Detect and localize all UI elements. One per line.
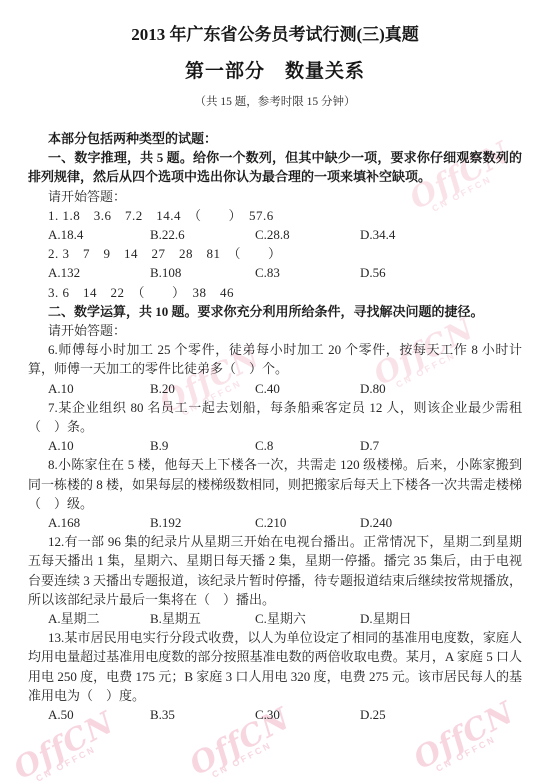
option-b: B.192 — [150, 513, 255, 532]
question-13-stem: 13.某市居民用电实行分段式收费，以人为单位设定了相同的基准用电度数，家庭人均用… — [28, 628, 522, 705]
question-12-stem: 12.有一部 96 集的纪录片从星期三开始在电视台播出。正常情况下，星期二到星期… — [28, 532, 522, 609]
question-6-stem: 6.师傅每小时加工 25 个零件，徒弟每小时加工 20 个零件，按每天工作 8 … — [28, 340, 522, 378]
option-c: C.40 — [255, 379, 360, 398]
exam-document-page: OffCN CN OFFCN OffCN CN OFFCN OffCN CN O… — [0, 0, 550, 783]
question-12-options: A.星期二 B.星期五 C.星期六 D.星期日 — [28, 609, 522, 628]
option-b: B.108 — [150, 263, 255, 282]
option-a: A.168 — [48, 513, 150, 532]
option-a: A.18.4 — [48, 225, 150, 244]
question-1-options: A.18.4 B.22.6 C.28.8 D.34.4 — [28, 225, 522, 244]
option-c: C.83 — [255, 263, 360, 282]
option-d: D.240 — [360, 513, 522, 532]
question-1-stem: 1. 1.8 3.6 7.2 14.4 （ ） 57.6 — [28, 206, 522, 225]
instructions-type2: 二、数学运算，共 10 题。要求你充分利用所给条件，寻找解决问题的捷径。 — [28, 302, 522, 321]
question-8-stem: 8.小陈家住在 5 楼，他每天上下楼各一次，共需走 120 级楼梯。后来，小陈家… — [28, 455, 522, 513]
option-c: C.30 — [255, 705, 360, 724]
option-c: C.8 — [255, 436, 360, 455]
option-d: D.25 — [360, 705, 522, 724]
section-title: 第一部分 数量关系 — [28, 60, 522, 84]
question-13-options: A.50 B.35 C.30 D.25 — [28, 705, 522, 724]
question-8-options: A.168 B.192 C.210 D.240 — [28, 513, 522, 532]
question-7-stem: 7.某企业组织 80 名员工一起去划船，每条船乘客定员 12 人，则该企业最少需… — [28, 398, 522, 436]
option-a: A.132 — [48, 263, 150, 282]
option-b: B.35 — [150, 705, 255, 724]
option-c: C.28.8 — [255, 225, 360, 244]
option-b: B.20 — [150, 379, 255, 398]
instructions-type1: 一、数字推理，共 5 题。给你一个数列，但其中缺少一项，要求你仔细观察数列的排列… — [28, 148, 522, 186]
section-note: （共 15 题，参考时限 15 分钟） — [28, 95, 522, 110]
option-c: C.星期六 — [255, 609, 360, 628]
option-a: A.50 — [48, 705, 150, 724]
question-2-options: A.132 B.108 C.83 D.56 — [28, 263, 522, 282]
instructions-intro: 本部分包括两种类型的试题： — [28, 129, 522, 148]
offcn-caption: CN OFFCN — [434, 721, 522, 774]
option-b: B.22.6 — [150, 225, 255, 244]
begin-answer-prompt: 请开始答题： — [28, 187, 522, 206]
option-a: A.星期二 — [48, 609, 150, 628]
option-d: D.80 — [360, 379, 522, 398]
offcn-caption: CN OFFCN — [210, 727, 298, 780]
option-d: D.56 — [360, 263, 522, 282]
question-2-stem: 2. 3 7 9 14 27 28 81 （ ） — [28, 244, 522, 263]
offcn-caption: CN OFFCN — [34, 731, 122, 783]
question-3-stem: 3. 6 14 22 （ ） 38 46 — [28, 283, 522, 302]
option-c: C.210 — [255, 513, 360, 532]
option-a: A.10 — [48, 436, 150, 455]
begin-answer-prompt: 请开始答题： — [28, 321, 522, 340]
question-7-options: A.10 B.9 C.8 D.7 — [28, 436, 522, 455]
question-6-options: A.10 B.20 C.40 D.80 — [28, 379, 522, 398]
option-d: D.7 — [360, 436, 522, 455]
option-b: B.星期五 — [150, 609, 255, 628]
page-title: 2013 年广东省公务员考试行测(三)真题 — [28, 24, 522, 46]
option-d: D.34.4 — [360, 225, 522, 244]
option-d: D.星期日 — [360, 609, 522, 628]
option-a: A.10 — [48, 379, 150, 398]
option-b: B.9 — [150, 436, 255, 455]
